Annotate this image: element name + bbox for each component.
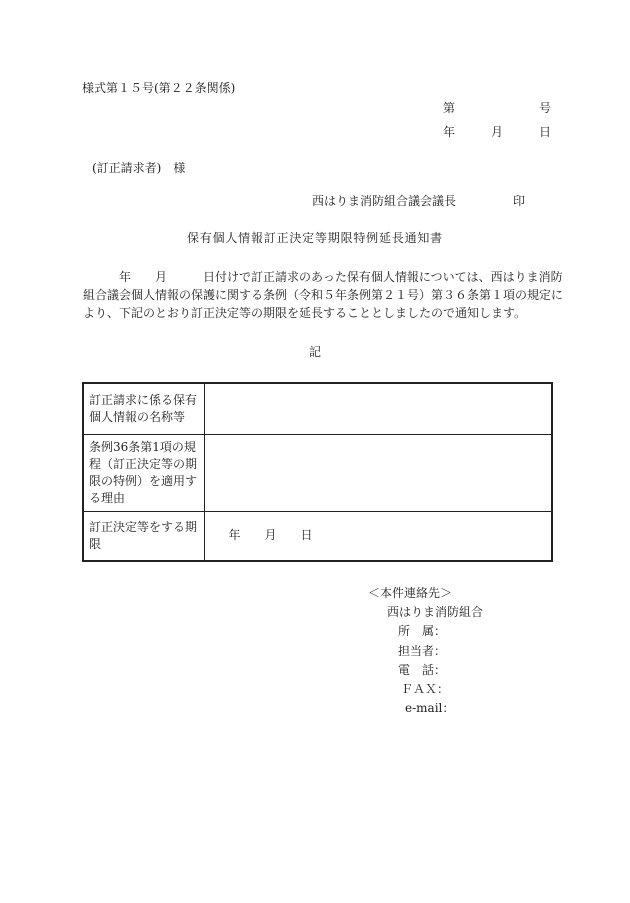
document-date-blank: 年 月 日: [443, 125, 551, 140]
form-number: 様式第１５号(第２２条関係): [82, 81, 235, 96]
document-title: 保有個人情報訂正決定等期限特例延長通知書: [0, 231, 630, 246]
contact-field-phone: 電 話：: [398, 661, 483, 680]
row-label: 訂正決定等をする期 限: [83, 511, 204, 561]
row-value-date: 年 月 日: [204, 511, 552, 561]
table-row-reason-for-special-provision: 条例36条第1項の規 程（訂正決定等の期 限の特例）を適用す る理由: [83, 434, 552, 511]
row-value: [204, 383, 552, 434]
table-row-name-of-information: 訂正請求に係る保有 個人情報の名称等: [83, 383, 552, 434]
seal-mark: 印: [513, 194, 525, 209]
contact-field-email: e-mail：: [405, 699, 483, 718]
row-value: [204, 434, 552, 511]
row-label: 条例36条第1項の規 程（訂正決定等の期 限の特例）を適用す る理由: [83, 434, 204, 511]
contact-field-person-in-charge: 担当者：: [398, 642, 483, 661]
row-label: 訂正請求に係る保有 個人情報の名称等: [83, 383, 204, 434]
body-paragraph: 年 月 日付けで訂正請求のあった保有個人情報については、西はりま消防 組合議会個…: [83, 268, 563, 323]
document-page: 様式第１５号(第２２条関係) 第 号 年 月 日 (訂正請求者) 様 西はりま消…: [0, 0, 630, 903]
details-table: 訂正請求に係る保有 個人情報の名称等 条例36条第1項の規 程（訂正決定等の期 …: [82, 382, 553, 562]
document-number-blank: 第 号: [443, 101, 551, 116]
contact-section: ＜本件連絡先＞ 西はりま消防組合 所 属： 担当者： 電 話： ＦＡＸ： e-m…: [368, 584, 483, 718]
addressee: (訂正請求者) 様: [92, 161, 185, 176]
contact-field-fax: ＦＡＸ：: [401, 680, 483, 699]
sender-title: 西はりま消防組合議会議長: [312, 194, 456, 209]
notation-ki: 記: [0, 345, 630, 360]
contact-field-affiliation: 所 属：: [398, 622, 483, 641]
contact-heading: ＜本件連絡先＞: [368, 584, 483, 603]
table-row-deadline: 訂正決定等をする期 限 年 月 日: [83, 511, 552, 561]
contact-organization: 西はりま消防組合: [387, 603, 483, 622]
